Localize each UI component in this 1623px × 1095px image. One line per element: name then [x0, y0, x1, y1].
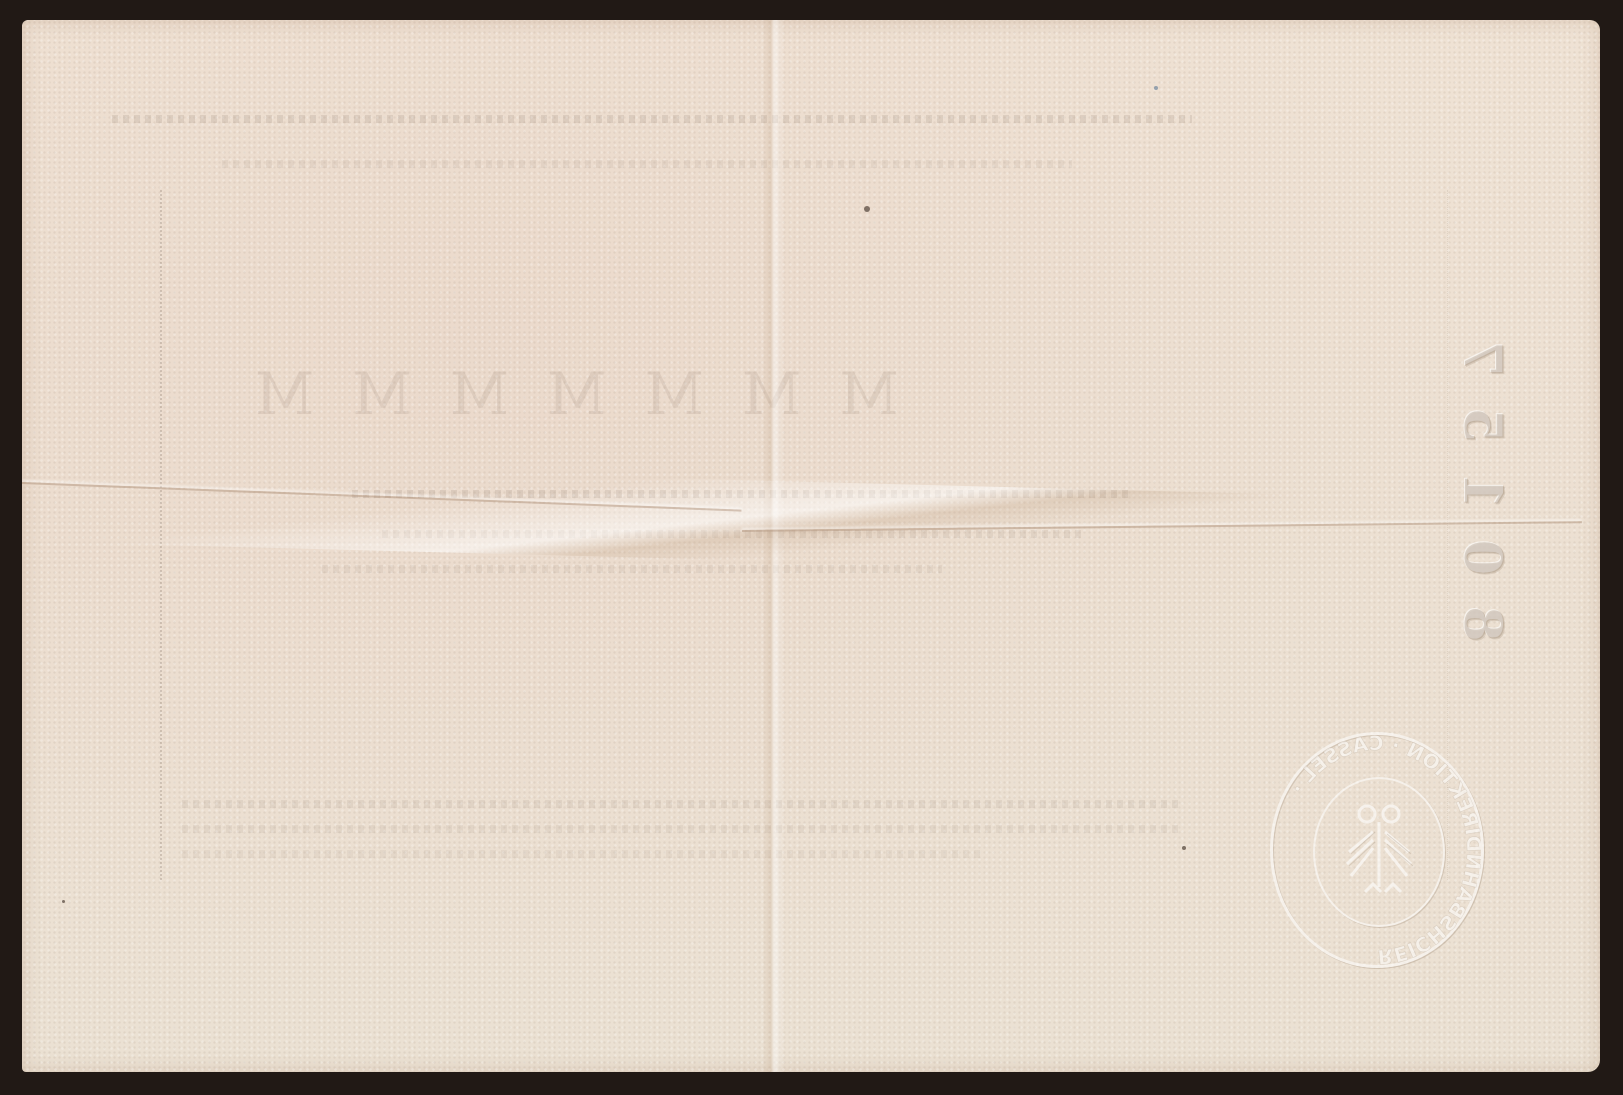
embossed-seal: REICHSBAHNDIREKTION · CASSEL ·	[1270, 732, 1484, 968]
show-through-line	[222, 160, 1072, 168]
embossed-serial-number: 8 0 1 5 7	[1452, 335, 1513, 642]
show-through-line	[182, 825, 1182, 833]
ink-spot	[864, 206, 870, 212]
show-through-line	[182, 850, 982, 858]
banknote-paper: MMMMMMM 8 0 1 5 7 REICHSBAHNDIREKTION · …	[22, 20, 1600, 1072]
show-through-line	[182, 800, 1182, 808]
ink-spot	[62, 900, 65, 903]
eagle-icon	[1329, 792, 1429, 912]
seal-center	[1313, 777, 1445, 927]
ink-spot	[1182, 846, 1186, 850]
show-through-line	[112, 115, 1192, 123]
ink-spot	[1154, 86, 1158, 90]
show-through-line	[322, 565, 942, 573]
show-through-heading: MMMMMMM	[217, 360, 899, 428]
